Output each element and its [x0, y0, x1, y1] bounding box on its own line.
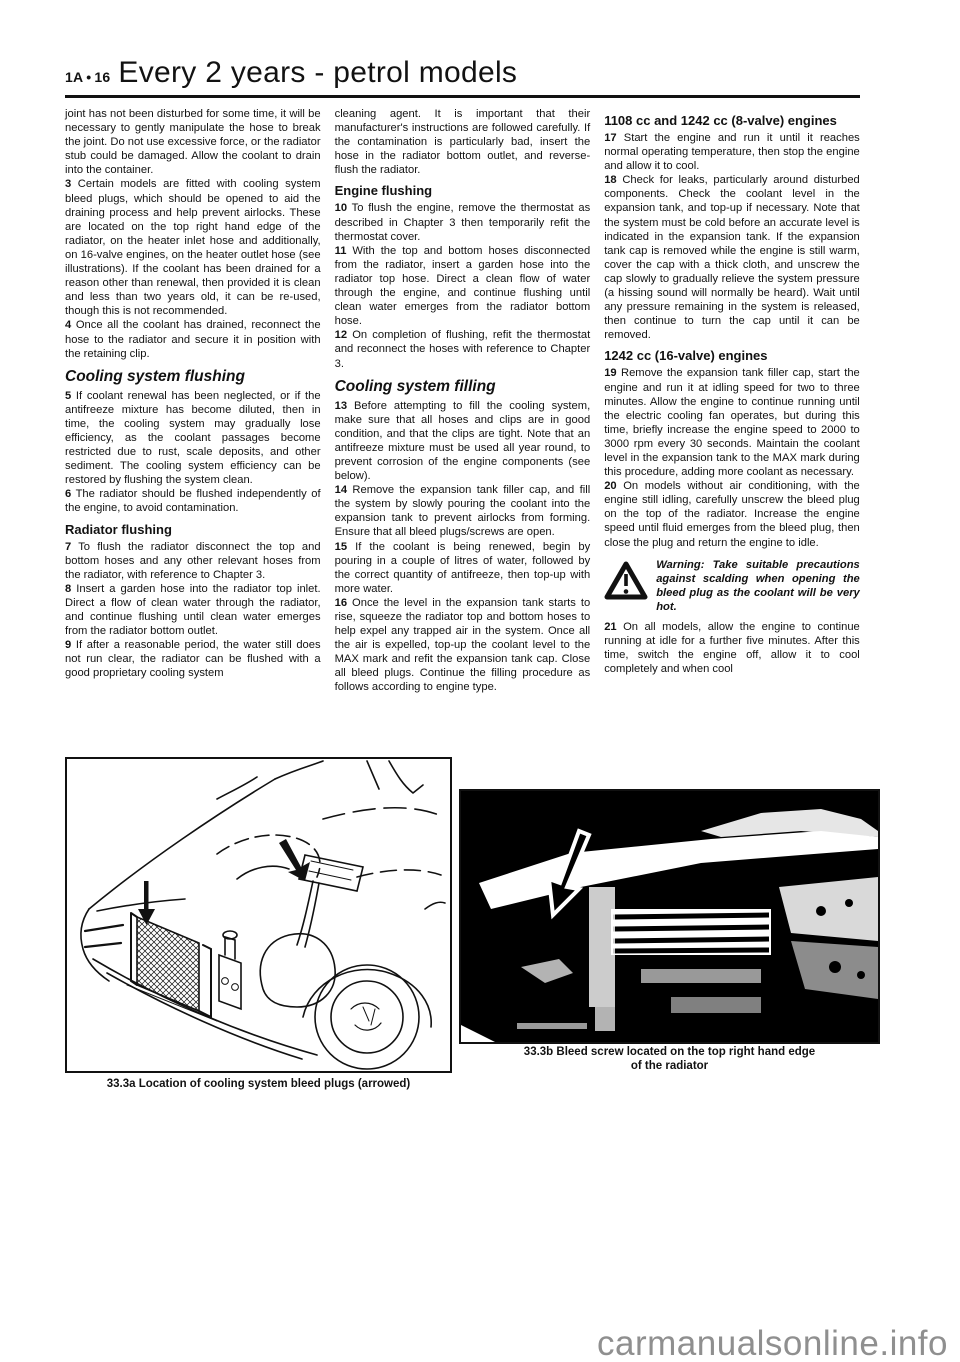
paragraph: 7 To flush the radiator disconnect the t… — [65, 540, 321, 582]
paragraph: 10 To flush the engine, remove the therm… — [335, 201, 591, 243]
paragraph: 16 Once the level in the expansion tank … — [335, 596, 591, 695]
manual-page: 1A • 16Every 2 years - petrol models joi… — [0, 0, 960, 1362]
section-heading: Cooling system flushing — [65, 368, 321, 386]
section-heading: Cooling system filling — [335, 378, 591, 396]
text-column-3: 1108 cc and 1242 cc (8-valve) engines17 … — [604, 107, 860, 695]
figure-caption: 33.3a Location of cooling system bleed p… — [65, 1078, 452, 1092]
section-number: 1A • 16 — [65, 69, 110, 85]
paragraph: 13 Before attempting to fill the cooling… — [335, 399, 591, 484]
sub-heading: Radiator flushing — [65, 522, 321, 537]
header-rule — [65, 95, 860, 98]
warning-note: Warning: Take suitable precautions again… — [604, 558, 860, 614]
step-number: 7 — [65, 541, 71, 553]
step-number: 18 — [604, 174, 616, 186]
step-number: 13 — [335, 400, 347, 412]
paragraph: 3 Certain models are fitted with cooling… — [65, 177, 321, 318]
step-number: 4 — [65, 319, 71, 331]
paragraph: 12 On completion of flushing, refit the … — [335, 328, 591, 370]
article-columns: joint has not been disturbed for some ti… — [65, 107, 860, 695]
figure-33-3b-image — [461, 791, 878, 1042]
paragraph: 11 With the top and bottom hoses disconn… — [335, 244, 591, 329]
paragraph: joint has not been disturbed for some ti… — [65, 107, 321, 177]
step-number: 8 — [65, 583, 71, 595]
page-title: Every 2 years - petrol models — [118, 56, 517, 89]
paragraph: 4 Once all the coolant has drained, reco… — [65, 318, 321, 360]
figure-caption: 33.3b Bleed screw located on the top rig… — [459, 1046, 880, 1073]
sub-heading: 1108 cc and 1242 cc (8-valve) engines — [604, 113, 860, 128]
paragraph: 14 Remove the expansion tank filler cap,… — [335, 483, 591, 539]
step-number: 19 — [604, 367, 616, 379]
step-number: 14 — [335, 484, 347, 496]
warning-text: Warning: Take suitable precautions again… — [656, 559, 860, 613]
sub-heading: 1242 cc (16-valve) engines — [604, 348, 860, 363]
figure-caption-line2: of the radiator — [459, 1060, 880, 1074]
bleed-plug-arrow-icon-2 — [279, 839, 310, 881]
figure-33-3a — [65, 757, 452, 1073]
sub-heading: Engine flushing — [335, 183, 591, 198]
paragraph: cleaning agent. It is important that the… — [335, 107, 591, 177]
step-number: 16 — [335, 597, 347, 609]
step-number: 15 — [335, 541, 347, 553]
paragraph: 20 On models without air conditioning, w… — [604, 479, 860, 549]
step-number: 11 — [335, 245, 347, 257]
figure-33-3a-image — [67, 759, 450, 1071]
step-number: 9 — [65, 639, 71, 651]
page-header: 1A • 16Every 2 years - petrol models — [65, 56, 860, 90]
step-number: 6 — [65, 488, 71, 500]
step-number: 20 — [604, 480, 616, 492]
paragraph: 21 On all models, allow the engine to co… — [604, 620, 860, 676]
figure-caption-line1: 33.3b Bleed screw located on the top rig… — [459, 1046, 880, 1060]
step-number: 3 — [65, 178, 71, 190]
step-number: 10 — [335, 202, 347, 214]
paragraph: 6 The radiator should be flushed indepen… — [65, 487, 321, 515]
paragraph: 18 Check for leaks, particularly around … — [604, 173, 860, 342]
figure-33-3b — [459, 789, 880, 1044]
paragraph: 17 Start the engine and run it until it … — [604, 131, 860, 173]
paragraph: 19 Remove the expansion tank filler cap,… — [604, 366, 860, 479]
step-number: 12 — [335, 329, 347, 341]
step-number: 5 — [65, 390, 71, 402]
paragraph: 15 If the coolant is being renewed, begi… — [335, 540, 591, 596]
paragraph: 5 If coolant renewal has been neglected,… — [65, 389, 321, 488]
text-column-1: joint has not been disturbed for some ti… — [65, 107, 321, 695]
step-number: 17 — [604, 132, 616, 144]
paragraph: 8 Insert a garden hose into the radiator… — [65, 582, 321, 638]
warning-triangle-icon — [604, 561, 648, 601]
step-number: 21 — [604, 621, 616, 633]
text-column-2: cleaning agent. It is important that the… — [335, 107, 591, 695]
paragraph: 9 If after a reasonable period, the wate… — [65, 638, 321, 680]
watermark: carmanualsonline.info — [597, 1324, 948, 1362]
